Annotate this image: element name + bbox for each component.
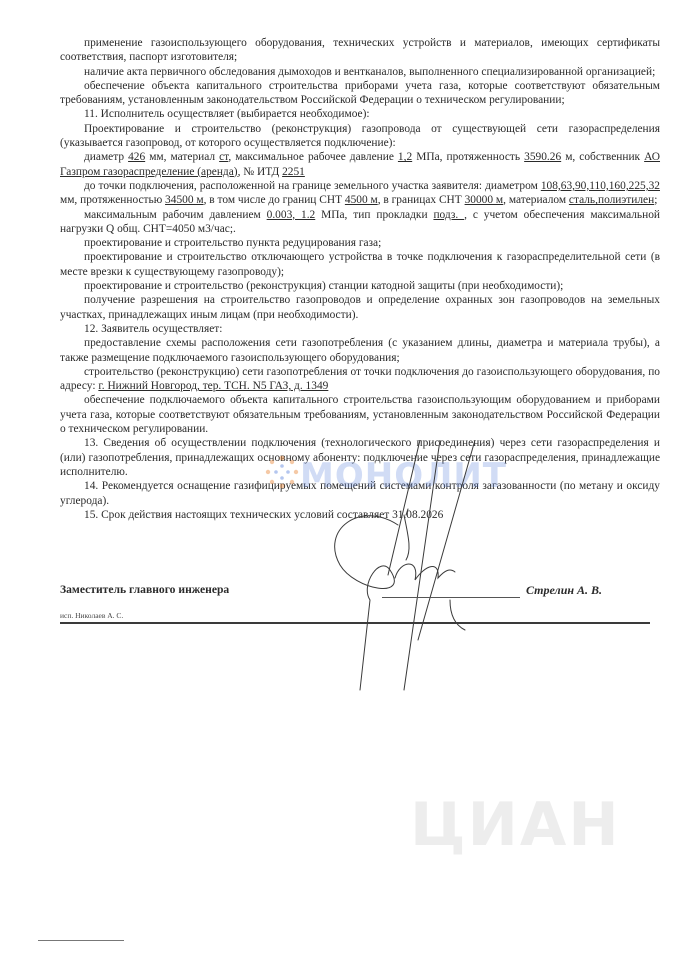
footnote-line	[38, 940, 124, 941]
pressure-value: 1,2	[398, 151, 412, 163]
paragraph-layout-scheme: предоставление схемы расположения сети г…	[60, 336, 660, 365]
diameters-value: 108,63,90,110,160,225,32	[541, 180, 660, 192]
paragraph-shutoff-device: проектирование и строительство отключающ…	[60, 250, 660, 279]
pipe-material-value: сталь,полиэтилен	[569, 194, 654, 206]
paragraph-max-pressure: максимальным рабочим давлением 0.003, 1.…	[60, 208, 660, 237]
signer-position: Заместитель главного инженера	[60, 583, 229, 596]
paragraph-existing-pipeline-specs: диаметр 426 мм, материал ст, максимально…	[60, 150, 660, 179]
monolit-logo-icon	[262, 452, 302, 492]
paragraph-consumer-network-construction: строительство (реконструкцию) сети газоп…	[60, 365, 660, 394]
diameter-value: 426	[128, 151, 145, 163]
address-value: г. Нижний Новгород, тер. ТСН. N5 ГАЗ, д.…	[98, 380, 328, 392]
within-snt-length-value: 30000 м	[465, 194, 504, 206]
document-body: применение газоиспользующего оборудовани…	[60, 36, 660, 522]
max-pressure-value: 0.003, 1.2	[267, 209, 316, 221]
paragraph-connection-point-specs: до точки подключения, расположенной на г…	[60, 179, 660, 208]
section-11-heading: 11. Исполнитель осуществляет (выбирается…	[60, 107, 660, 121]
paragraph-chimney-inspection: наличие акта первичного обследования дым…	[60, 65, 660, 79]
laying-type-value: подз.	[433, 209, 464, 221]
paragraph-pipeline-design: Проектирование и строительство (реконстр…	[60, 122, 660, 151]
total-length-value: 34500 м	[165, 194, 204, 206]
paragraph-gas-meters: обеспечение объекта капитального строите…	[60, 79, 660, 108]
divider-line	[60, 622, 650, 624]
paragraph-reduction-point: проектирование и строительство пункта ре…	[60, 236, 660, 250]
paragraph-construction-permit: получение разрешения на строительство га…	[60, 293, 660, 322]
document-page: применение газоиспользующего оборудовани…	[0, 0, 700, 960]
paragraph-object-equipment: обеспечение подключаемого объекта капита…	[60, 393, 660, 436]
to-border-length-value: 4500 м	[345, 194, 378, 206]
paragraph-cathodic-protection: проектирование и строительство (реконстр…	[60, 279, 660, 293]
paragraph-equipment-certificates: применение газоиспользующего оборудовани…	[60, 36, 660, 65]
signature-line	[382, 597, 520, 598]
cian-watermark: ЦИАН	[410, 790, 621, 860]
section-15-validity: 15. Срок действия настоящих технических …	[60, 508, 660, 522]
monolit-watermark: МОНОЛИТ	[300, 456, 507, 496]
length-value: 3590.26	[524, 151, 561, 163]
signature-block: Заместитель главного инженера Стрелин А.…	[60, 583, 660, 603]
material-value: ст	[219, 151, 228, 163]
itd-number: 2251	[282, 166, 305, 178]
signer-name: Стрелин А. В.	[526, 583, 602, 598]
executor-note: исп. Николаев А. С.	[60, 611, 123, 620]
section-12-heading: 12. Заявитель осуществляет:	[60, 322, 660, 336]
